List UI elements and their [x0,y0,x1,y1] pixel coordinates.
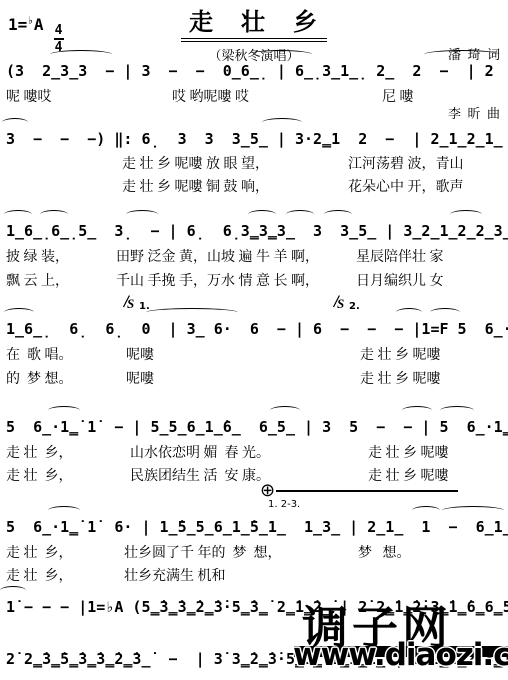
lyric-line: 花朵心中 开，歌声 [348,176,464,196]
volta-label: 2. [349,301,360,312]
lyric-line: 江河荡碧 波，青山 [348,153,464,173]
slur-arc [48,406,80,415]
lyric-line: 星辰陪伴壮 家 [356,246,444,266]
slur-arc [424,50,500,59]
lyric-line: 飘 云 上， [6,270,69,290]
lyric-line: 哎 哟呢嘍 哎 [172,86,249,106]
coda-line [276,490,458,492]
lyric-line: 走 壮 乡 呢嘍 [368,465,449,485]
slur-arc [248,210,276,219]
lyric-line: 在 歌 唱。 [6,344,73,364]
slur-arc [146,308,238,317]
slur-arc [450,210,482,219]
lyric-line: 走 壮 乡， [6,442,73,462]
sheet-music-page: 1=♭A44 走 壮 乡 （梁秋冬演唱） 潘 琦 词 李 昕 曲 (3 2̲3̲… [0,0,508,680]
coda-icon: ⊕ [260,482,275,500]
slur-arc [2,118,28,127]
notation-line-2: 3 − − −) ‖: 6̣ 3 3 3̲5̲ | 3·2̳1 2 − | 2̲… [6,130,508,148]
lyric-line: 千山 手挽 手，万水 情 意 长 啊， [116,270,319,290]
slur-arc [4,210,32,219]
lyric-line: 走 壮 乡 呢嘍 [368,442,449,462]
notation-line-4: 1̲6̲̣ 6̣ 6̣ 0 | 3̲ 6· 6 − | 6 − − − |1=F… [6,320,508,338]
slur-arc [396,308,422,317]
slur-arc [248,50,312,59]
segno-mark: S∕1. [124,296,142,312]
volta-label: 1. 2-3. [268,499,300,510]
notation-line-3: 1̲6̲̣6̲̣5̲ 3̣ − | 6̣ 6̣3̳3̳3̲ 3 3̲5̲ | 3… [6,222,508,240]
lyric-line: 壮乡圆了千 年的 梦 想， [124,542,282,562]
lyric-line: 走 壮 乡 呢嘍 放 眼 望， [122,153,269,173]
watermark-site-url: www.diaozi.com [293,637,508,673]
lyric-line: 走 壮 乡 呢嘍 [360,368,441,388]
lyric-line: 走 壮 乡， [6,565,73,585]
notation-line-1: (3 2̲3̲3 − | 3 − − 0̲6̲̣ | 6̲̣3̲1̲̣ 2̲ 2… [6,62,508,80]
slur-arc [50,50,112,59]
notation-line-5: 5 6̲·1̳̇ 1̇ − | 5̲5̲6̲1̲̇6̲ 6̲5̲ | 3 5 −… [6,418,508,436]
lyric-line: 走 壮 乡 呢嘍 铜 鼓 响， [122,176,269,196]
slur-arc [270,406,300,415]
lyric-line: 山水依恋明 媚 春 光。 [130,442,270,462]
slur-arc [402,406,432,415]
lyric-line: 走 壮 乡， [6,465,73,485]
lyric-line: 壮乡充满生 机和 [124,565,226,585]
lyric-line: 呢嘍 [126,368,154,388]
lyric-line: 呢嘍 [126,344,154,364]
lyric-line: 民族团结生 活 安 康。 [130,465,270,485]
slur-arc [286,210,314,219]
slur-arc [442,506,504,515]
slur-arc [412,506,440,515]
slur-arc [430,308,460,317]
lyric-line: 走 壮 乡 呢嘍 [360,344,441,364]
lyric-line: 的 梦 想。 [6,368,73,388]
notation-line-6: 5 6̲·1̳̇ 1̇ 6· | 1̲̇5̲5̲6̲1̲̇5̲1̲ 1̲3̲ |… [6,518,508,536]
slur-arc [440,406,474,415]
slur-arc [324,210,352,219]
lyric-line: 梦 想。 [358,542,411,562]
slur-arc [4,308,34,317]
lyric-line: 田野 泛金 黄，山坡 遍 牛 羊 啊， [116,246,319,266]
lyric-line: 尼 嘍 [382,86,414,106]
slur-arc [126,210,158,219]
lyric-line: 披 绿 装， [6,246,69,266]
lyric-line: 呢 嘍哎 [6,86,52,106]
segno-mark: S∕2. [334,296,352,312]
slur-arc [48,506,80,515]
lyric-line: 日月编织儿 女 [356,270,444,290]
slur-arc [0,586,26,595]
slur-arc [262,118,302,127]
lyric-line: 走 壮 乡， [6,542,73,562]
volta-label: 1. [139,301,150,312]
slur-arc [40,210,68,219]
score: (3 2̲3̲3 − | 3 − − 0̲6̲̣ | 6̲̣3̲1̲̣ 2̲ 2… [0,0,508,680]
